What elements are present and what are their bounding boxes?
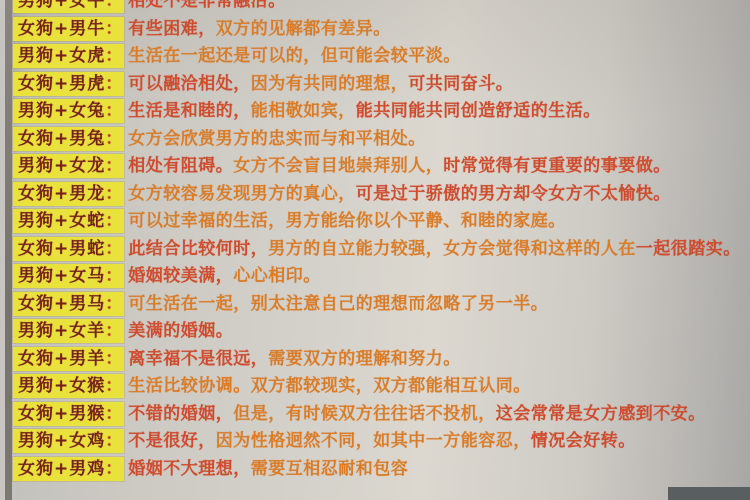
row-text: 美满的婚姻。 [128,321,233,341]
text-segment: 可以过幸福的生活，男方能给你以个平静、和睦的家庭。 [128,211,566,231]
pair-colon: ： [105,156,123,176]
pair-label-text: 女狗+男马 [18,294,105,314]
pair-label: 男狗+女猴： [13,374,124,398]
compatibility-row: 女狗+男鸡：婚姻不大理想，需要互相忍耐和包容 [13,456,745,484]
text-segment: 此结合比较何时， [128,239,268,259]
pair-colon: ： [105,459,123,479]
text-segment: 心心相印。 [233,266,321,286]
text-segment: 需要双方的理解和努力。 [268,349,461,369]
text-segment: 可以融洽相处， [128,74,251,94]
pair-label-text: 男狗+女蛇 [18,211,105,231]
text-segment: 时常觉得有更重要的事要做。 [443,156,671,176]
text-segment: 不是很好， [128,431,216,451]
pair-colon: ： [105,211,123,231]
pair-label: 女狗+男蛇： [13,237,124,261]
pair-label: 女狗+男羊： [13,347,124,371]
pair-label: 男狗+女牛： [13,0,124,13]
row-text: 此结合比较何时，男方的自立能力较强，女方会觉得和这样的人在一起很踏实。 [128,239,741,259]
text-segment: 生活比较协调。双方都较现实，双方都能相互认同。 [128,376,531,396]
text-segment: 情况会好转。 [531,431,636,451]
text-segment: 可是过于骄傲的男方却令女方不太愉快。 [356,184,671,204]
text-segment: 婚姻较美满， [128,266,233,286]
pair-label-text: 女狗+男龙 [18,184,105,204]
pair-label: 男狗+女鸡： [13,429,124,453]
text-segment: 可生活在一起，别太注意自己的理想而忽略了另一半。 [128,294,548,314]
compatibility-row: 男狗+女牛：相处不是非常融洽。 [13,0,745,16]
pair-label-text: 男狗+女猴 [18,376,105,396]
pair-colon: ： [105,0,123,11]
pair-colon: ： [105,266,123,286]
text-segment: 能相敬如宾， [251,101,356,121]
text-segment: 美满的婚姻。 [128,321,233,341]
pair-label: 女狗+男马： [13,292,124,316]
row-text: 婚姻较美满，心心相印。 [128,266,321,286]
compatibility-row: 男狗+女虎：生活在一起还是可以的，但可能会较平淡。 [13,43,745,71]
pair-label-text: 男狗+女马 [18,266,105,286]
text-segment: 这会常常是女方感到不安。 [496,404,706,424]
compatibility-row: 男狗+女蛇：可以过幸福的生活，男方能给你以个平静、和睦的家庭。 [13,208,745,236]
pair-label: 女狗+男虎： [13,72,124,96]
compatibility-row: 男狗+女羊：美满的婚姻。 [13,318,745,346]
pair-label-text: 男狗+女虎 [18,46,105,66]
text-segment: 女方不会盲目地崇拜别人， [233,156,443,176]
pair-colon: ： [105,239,123,259]
text-segment: 可共同奋斗。 [408,74,513,94]
compatibility-row: 女狗+男羊：离幸福不是很远，需要双方的理解和努力。 [13,346,745,374]
bottom-right-dark-bar [668,487,750,500]
row-text: 有些困难，双方的见解都有差异。 [128,19,391,39]
pair-colon: ： [105,376,123,396]
pair-colon: ： [105,101,123,121]
text-segment: 有些困难， [128,19,216,39]
text-segment: 相处不是非常融洽。 [128,0,286,11]
pair-colon: ： [105,294,123,314]
row-text: 女方会欣赏男方的忠实而与和平相处。 [128,129,426,149]
text-segment: 女方较容易发现男方的真心， [128,184,356,204]
compatibility-row: 女狗+男龙：女方较容易发现男方的真心，可是过于骄傲的男方却令女方不太愉快。 [13,181,745,209]
pair-colon: ： [105,184,123,204]
text-segment: 不错的婚姻， [128,404,233,424]
row-text: 不是很好，因为性格迥然不同，如其中一方能容忍，情况会好转。 [128,431,636,451]
pair-colon: ： [105,129,123,149]
row-text: 可以过幸福的生活，男方能给你以个平静、和睦的家庭。 [128,211,566,231]
pair-label-text: 男狗+女牛 [18,0,105,11]
pair-label-text: 女狗+男虎 [18,74,105,94]
compatibility-row: 女狗+男马：可生活在一起，别太注意自己的理想而忽略了另一半。 [13,291,745,319]
row-text: 不错的婚姻，但是，有时候双方往往话不投机，这会常常是女方感到不安。 [128,404,706,424]
pair-label: 男狗+女兔： [13,99,124,123]
row-text: 生活在一起还是可以的，但可能会较平淡。 [128,46,461,66]
compatibility-row: 女狗+男猴：不错的婚姻，但是，有时候双方往往话不投机，这会常常是女方感到不安。 [13,401,745,429]
row-text: 生活比较协调。双方都较现实，双方都能相互认同。 [128,376,531,396]
pair-colon: ： [105,74,123,94]
pair-label-text: 女狗+男羊 [18,349,105,369]
row-text: 婚姻不大理想，需要互相忍耐和包容 [128,459,408,479]
text-segment: 能共同能共同创造舒适的生活。 [356,101,601,121]
text-segment: 男方的自立能力较强，女方会觉得和这样的人在 [268,239,636,259]
row-text: 可生活在一起，别太注意自己的理想而忽略了另一半。 [128,294,548,314]
pair-label-text: 男狗+女兔 [18,101,105,121]
pair-label: 男狗+女虎： [13,44,124,68]
pair-colon: ： [105,321,123,341]
pair-colon: ： [105,46,123,66]
pair-label-text: 女狗+男猴 [18,404,105,424]
pair-label: 男狗+女马： [13,264,124,288]
pair-colon: ： [105,431,123,451]
pair-colon: ： [105,404,123,424]
text-segment: 相处有阻碍。 [128,156,233,176]
pair-label: 女狗+男兔： [13,127,124,151]
compatibility-row: 女狗+男兔：女方会欣赏男方的忠实而与和平相处。 [13,126,745,154]
photo-of-text-page: 男狗+女牛：相处不是非常融洽。 女狗+男牛：有些困难，双方的见解都有差异。 男狗… [0,0,750,500]
pair-label-text: 女狗+男蛇 [18,239,105,259]
pair-label-text: 男狗+女羊 [18,321,105,341]
row-text: 可以融洽相处，因为有共同的理想，可共同奋斗。 [128,74,513,94]
compatibility-row: 女狗+男蛇：此结合比较何时，男方的自立能力较强，女方会觉得和这样的人在一起很踏实… [13,236,745,264]
row-text: 相处有阻碍。女方不会盲目地崇拜别人，时常觉得有更重要的事要做。 [128,156,671,176]
pair-label: 女狗+男牛： [13,17,124,41]
pair-label-text: 男狗+女鸡 [18,431,105,451]
row-text: 生活是和睦的，能相敬如宾，能共同能共同创造舒适的生活。 [128,101,601,121]
pair-label-text: 女狗+男鸡 [18,459,105,479]
pair-label: 男狗+女龙： [13,154,124,178]
text-segment: 生活在一起还是可以的，但可能会较平淡。 [128,46,461,66]
left-edge-dark-strip [5,0,12,500]
pair-label: 女狗+男鸡： [13,457,124,481]
text-segment: 双方的见解都有差异。 [216,19,391,39]
text-segment: 离幸福不是很远， [128,349,268,369]
pair-label: 女狗+男龙： [13,182,124,206]
compatibility-list: 男狗+女牛：相处不是非常融洽。 女狗+男牛：有些困难，双方的见解都有差异。 男狗… [13,0,745,483]
text-segment: 一起很踏实。 [636,239,741,259]
compatibility-row: 女狗+男牛：有些困难，双方的见解都有差异。 [13,16,745,44]
compatibility-row: 男狗+女鸡：不是很好，因为性格迥然不同，如其中一方能容忍，情况会好转。 [13,428,745,456]
row-text: 离幸福不是很远，需要双方的理解和努力。 [128,349,461,369]
compatibility-row: 男狗+女马：婚姻较美满，心心相印。 [13,263,745,291]
text-segment: 生活是和睦的， [128,101,251,121]
pair-colon: ： [105,19,123,39]
text-segment: 因为有共同的理想， [251,74,409,94]
compatibility-row: 男狗+女猴：生活比较协调。双方都较现实，双方都能相互认同。 [13,373,745,401]
pair-label: 女狗+男猴： [13,402,124,426]
compatibility-row: 女狗+男虎：可以融洽相处，因为有共同的理想，可共同奋斗。 [13,71,745,99]
pair-colon: ： [105,349,123,369]
pair-label: 男狗+女蛇： [13,209,124,233]
text-segment: 婚姻不大理想， [128,459,251,479]
compatibility-row: 男狗+女龙：相处有阻碍。女方不会盲目地崇拜别人，时常觉得有更重要的事要做。 [13,153,745,181]
text-segment: 女方会欣赏男方的忠实而与和平相处。 [128,129,426,149]
row-text: 相处不是非常融洽。 [128,0,286,11]
row-text: 女方较容易发现男方的真心，可是过于骄傲的男方却令女方不太愉快。 [128,184,671,204]
text-segment: 但是，有时候双方往往话不投机， [233,404,496,424]
pair-label: 男狗+女羊： [13,319,124,343]
text-segment: 需要互相忍耐和包容 [251,459,409,479]
compatibility-row: 男狗+女兔：生活是和睦的，能相敬如宾，能共同能共同创造舒适的生活。 [13,98,745,126]
pair-label-text: 女狗+男兔 [18,129,105,149]
text-segment: 因为性格迥然不同，如其中一方能容忍， [216,431,531,451]
pair-label-text: 女狗+男牛 [18,19,105,39]
pair-label-text: 男狗+女龙 [18,156,105,176]
